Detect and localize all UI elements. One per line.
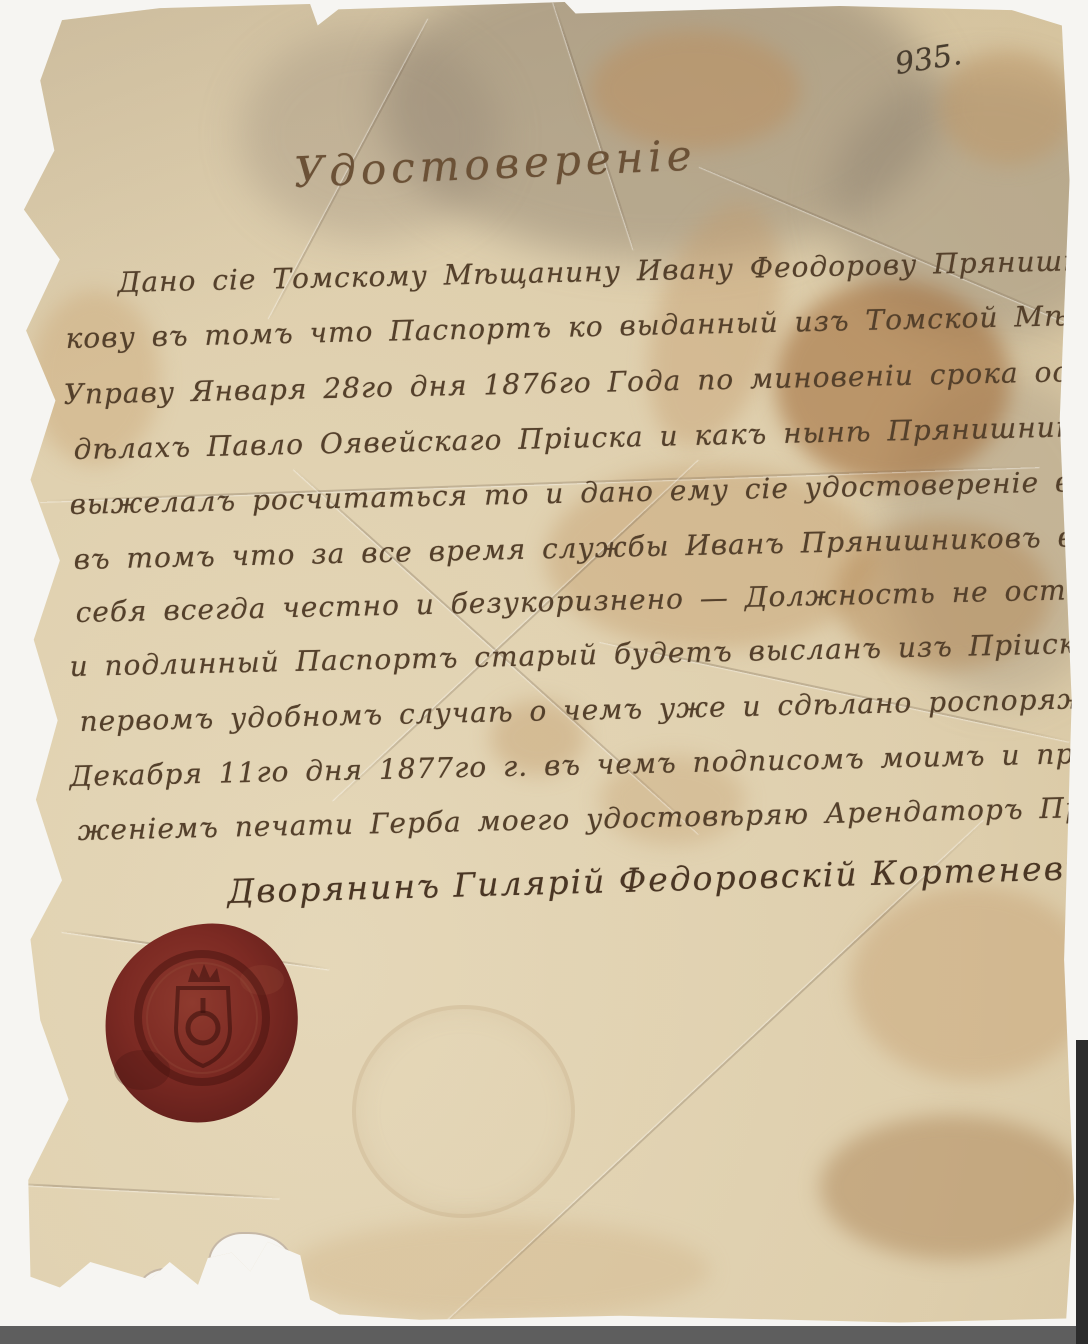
shadow-wash — [240, 30, 500, 240]
embossed-ring — [352, 1005, 575, 1218]
wax-seal — [100, 918, 305, 1128]
handwritten-line: женіемъ печати Герба моего удостовѣряю А… — [77, 789, 1088, 847]
torn-notch — [138, 1268, 188, 1312]
scanner-bottom-strip — [0, 1326, 1088, 1344]
stain — [820, 1115, 1085, 1260]
scanned-document: 935. Удостовереніе Дано сіе Томскому Мѣщ… — [0, 0, 1088, 1344]
scanner-right-strip — [1076, 1040, 1088, 1344]
paper-sheet: 935. Удостовереніе Дано сіе Томскому Мѣщ… — [0, 0, 1088, 1344]
fold-crease — [0, 1182, 280, 1199]
torn-hole — [208, 1232, 294, 1306]
